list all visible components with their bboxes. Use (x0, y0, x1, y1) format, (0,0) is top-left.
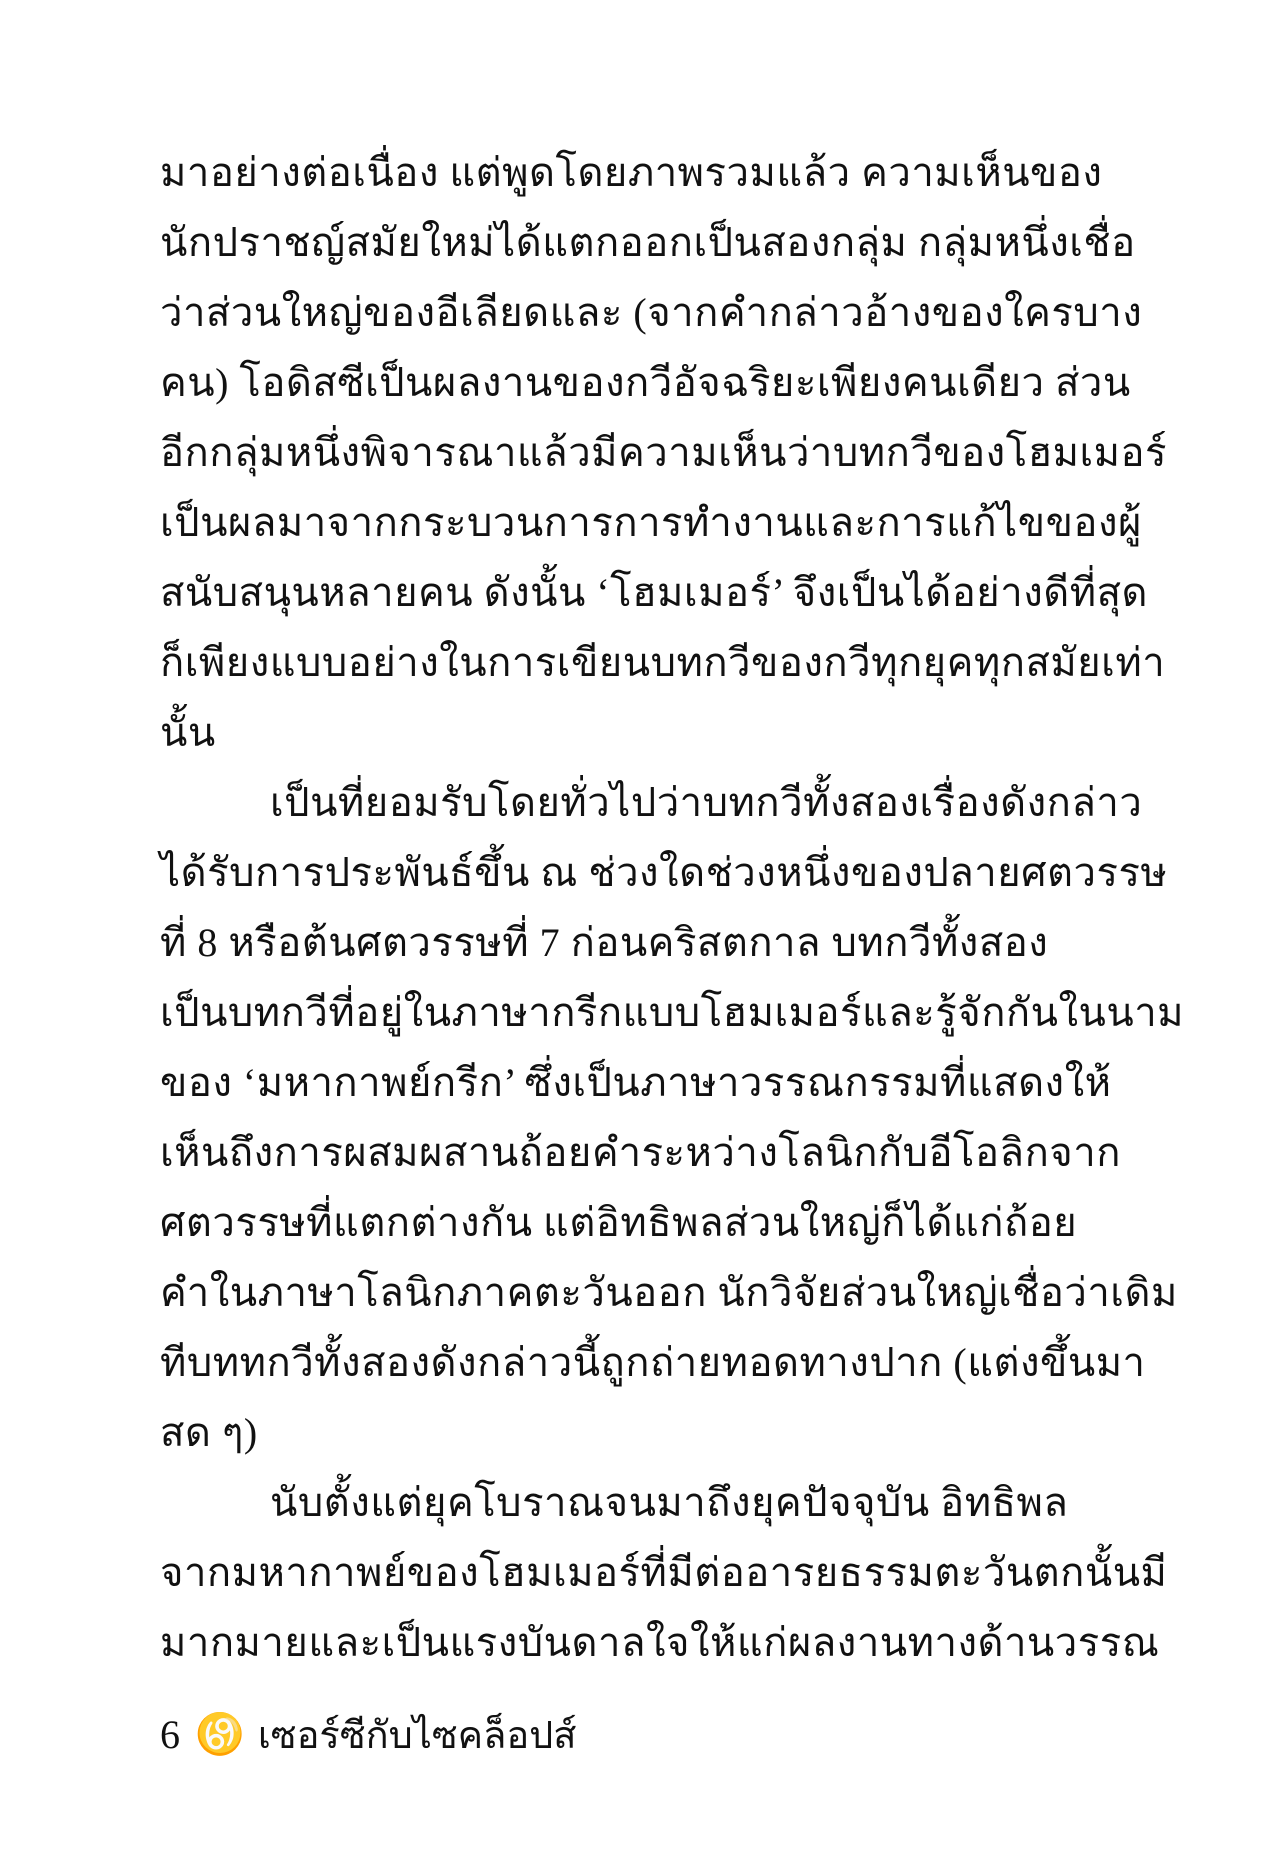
text-line: คน) โอดิสซีเป็นผลงานของกวีอัจฉริยะเพียงค… (160, 348, 1122, 418)
text-line: จากมหากาพย์ของโฮมเมอร์ที่มีต่ออารยธรรมตะ… (160, 1538, 1122, 1608)
text-line: คำในภาษาโลนิกภาคตะวันออก นักวิจัยส่วนใหญ… (160, 1258, 1122, 1328)
cancer-ornament-icon: ♋ (199, 1709, 239, 1759)
page-footer: 6 ♋ เซอร์ซีกับไซคล็อปส์ (160, 1706, 577, 1762)
text-line: อีกกลุ่มหนึ่งพิจารณาแล้วมีความเห็นว่าบทก… (160, 418, 1122, 488)
text-line: สด ๆ) (160, 1398, 1122, 1468)
text-line: ศตวรรษที่แตกต่างกัน แต่อิทธิพลส่วนใหญ่ก็… (160, 1188, 1122, 1258)
text-line: นั้น (160, 698, 1122, 768)
text-line: สนับสนุนหลายคน ดังนั้น ‘โฮมเมอร์’ จึงเป็… (160, 558, 1122, 628)
book-page: มาอย่างต่อเนื่อง แต่พูดโดยภาพรวมแล้ว ควา… (0, 0, 1280, 1867)
paragraph-start-line: นับตั้งแต่ยุคโบราณจนมาถึงยุคปัจจุบัน อิท… (160, 1468, 1122, 1538)
text-line: ของ ‘มหากาพย์กรีก’ ซึ่งเป็นภาษาวรรณกรรมท… (160, 1048, 1122, 1118)
text-line: ทีบททกวีทั้งสองดังกล่าวนี้ถูกถ่ายทอดทางป… (160, 1328, 1122, 1398)
text-line: ว่าส่วนใหญ่ของอีเลียดและ (จากคำกล่าวอ้าง… (160, 278, 1122, 348)
text-line: ที่ 8 หรือต้นศตวรรษที่ 7 ก่อนคริสตกาล บท… (160, 908, 1122, 978)
text-line: มากมายและเป็นแรงบันดาลใจให้แก่ผลงานทางด้… (160, 1608, 1122, 1678)
text-line: เป็นผลมาจากกระบวนการการทำงานและการแก้ไขข… (160, 488, 1122, 558)
text-line: มาอย่างต่อเนื่อง แต่พูดโดยภาพรวมแล้ว ควา… (160, 138, 1122, 208)
text-line: เป็นบทกวีที่อยู่ในภาษากรีกแบบโฮมเมอร์และ… (160, 978, 1122, 1048)
text-line: เห็นถึงการผสมผสานถ้อยคำระหว่างโลนิกกับอี… (160, 1118, 1122, 1188)
page-number: 6 (160, 1711, 180, 1758)
paragraph-start-line: เป็นที่ยอมรับโดยทั่วไปว่าบทกวีทั้งสองเรื… (160, 768, 1122, 838)
text-line: ก็เพียงแบบอย่างในการเขียนบทกวีของกวีทุกย… (160, 628, 1122, 698)
text-line: ได้รับการประพันธ์ขึ้น ณ ช่วงใดช่วงหนึ่งข… (160, 838, 1122, 908)
page-text: มาอย่างต่อเนื่อง แต่พูดโดยภาพรวมแล้ว ควา… (160, 138, 1122, 1678)
book-title: เซอร์ซีกับไซคล็อปส์ (258, 1704, 577, 1765)
text-line: นักปราชญ์สมัยใหม่ได้แตกออกเป็นสองกลุ่ม ก… (160, 208, 1122, 278)
